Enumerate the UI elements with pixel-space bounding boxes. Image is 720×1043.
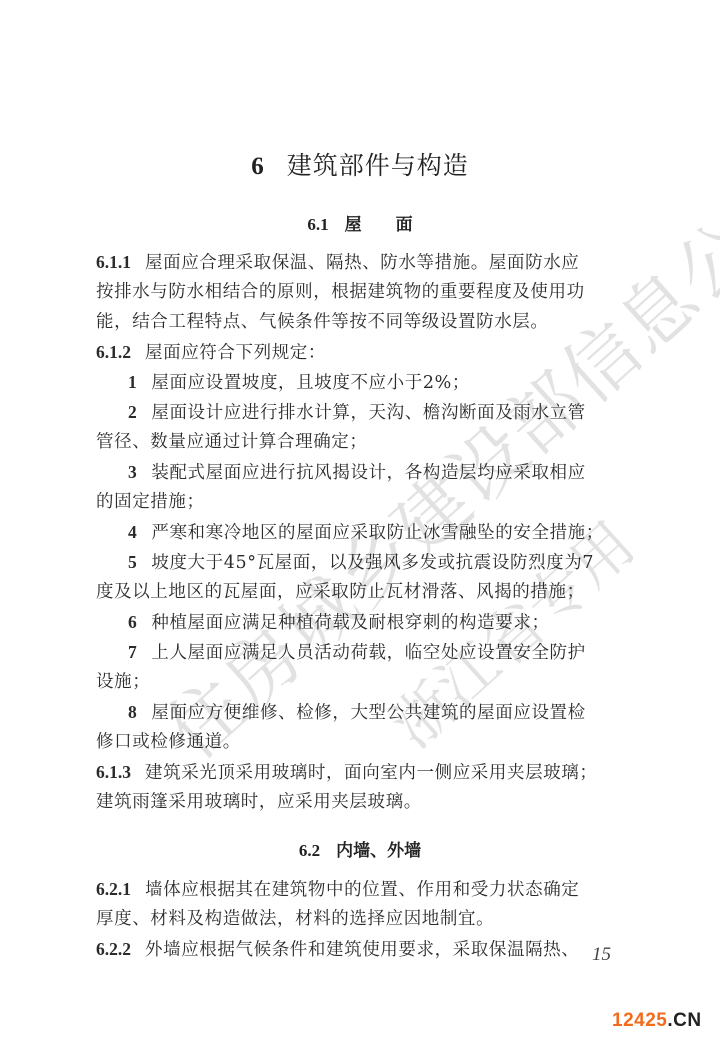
chapter-number: 6 bbox=[251, 153, 265, 180]
list-item: 8屋面应方便维修、检修，大型公共建筑的屋面应设置检 bbox=[128, 701, 668, 724]
text-line: 按排水与防水相结合的原则，根据建筑物的重要程度及使用功 bbox=[96, 281, 636, 303]
clause-line: 6.2.1墙体应根据其在建筑物中的位置、作用和受力状态确定 bbox=[96, 878, 636, 901]
item-text: 种植屋面应满足种植荷载及耐根穿刺的构造要求； bbox=[151, 613, 549, 633]
item-number: 6 bbox=[128, 612, 137, 632]
item-text: 屋面应设置坡度，且坡度不应小于2%； bbox=[151, 373, 470, 393]
clause-number: 6.1.1 bbox=[96, 252, 131, 272]
chapter-title: 6建筑部件与构造 bbox=[0, 146, 720, 182]
item-text: 修口或检修通道。 bbox=[96, 732, 241, 752]
text-line: 设施； bbox=[96, 671, 636, 693]
item-text: 度及以上地区的瓦屋面，应采取防止瓦材滑落、风揭的措施； bbox=[96, 582, 585, 602]
clause-text: 屋面应符合下列规定： bbox=[145, 343, 326, 363]
item-number: 8 bbox=[128, 702, 137, 722]
clause-line: 6.1.1屋面应合理采取保温、隔热、防水等措施。屋面防水应 bbox=[96, 251, 636, 274]
section-title-text: 内墙、外墙 bbox=[336, 841, 421, 861]
item-text: 严寒和寒冷地区的屋面应采取防止冰雪融坠的安全措施； bbox=[151, 523, 604, 543]
clause-line: 6.1.3建筑采光顶采用玻璃时，面向室内一侧应采用夹层玻璃； bbox=[96, 761, 636, 784]
section-heading: 6.2内墙、外墙 bbox=[0, 836, 720, 861]
item-number: 5 bbox=[128, 552, 137, 572]
item-number: 7 bbox=[128, 642, 137, 662]
clause-number: 6.1.2 bbox=[96, 342, 131, 362]
clause-number: 6.2.1 bbox=[96, 879, 131, 899]
clause-text: 屋面应合理采取保温、隔热、防水等措施。屋面防水应 bbox=[145, 253, 579, 273]
item-text: 坡度大于45°瓦屋面，以及强风多发或抗震设防烈度为7 bbox=[151, 553, 594, 573]
clause-text: 墙体应根据其在建筑物中的位置、作用和受力状态确定 bbox=[145, 880, 579, 900]
clause-text: 按排水与防水相结合的原则，根据建筑物的重要程度及使用功 bbox=[96, 282, 585, 302]
clause-number: 6.2.2 bbox=[96, 939, 131, 959]
text-line: 建筑雨篷采用玻璃时，应采用夹层玻璃。 bbox=[96, 791, 636, 813]
text-line: 厚度、材料及构造做法，材料的选择应因地制宜。 bbox=[96, 908, 636, 930]
item-text: 屋面设计应进行排水计算，天沟、檐沟断面及雨水立管 bbox=[151, 403, 585, 423]
clause-text: 建筑采光顶采用玻璃时，面向室内一侧应采用夹层玻璃； bbox=[145, 763, 598, 783]
item-number: 1 bbox=[128, 372, 137, 392]
list-item: 3装配式屋面应进行抗风揭设计，各构造层均应采取相应 bbox=[128, 461, 668, 484]
list-item: 6种植屋面应满足种植荷载及耐根穿刺的构造要求； bbox=[128, 611, 668, 634]
list-item: 4严寒和寒冷地区的屋面应采取防止冰雪融坠的安全措施； bbox=[128, 521, 668, 544]
clause-text: 外墙应根据气候条件和建筑使用要求，采取保温隔热、 bbox=[145, 940, 579, 960]
logo-digits: 12425 bbox=[612, 1010, 667, 1031]
list-item: 7上人屋面应满足人员活动荷载，临空处应设置安全防护 bbox=[128, 641, 668, 664]
item-text: 的固定措施； bbox=[96, 492, 205, 512]
item-text: 屋面应方便维修、检修，大型公共建筑的屋面应设置检 bbox=[151, 703, 585, 723]
clause-number: 6.1.3 bbox=[96, 762, 131, 782]
section-title-text: 屋 面 bbox=[345, 215, 413, 235]
item-number: 2 bbox=[128, 402, 137, 422]
text-line: 管径、数量应通过计算合理确定； bbox=[96, 431, 636, 453]
section-number: 6.2 bbox=[299, 841, 320, 860]
site-logo: 12425.CN bbox=[612, 1010, 702, 1032]
text-line: 度及以上地区的瓦屋面，应采取防止瓦材滑落、风揭的措施； bbox=[96, 581, 636, 603]
document-page: 住房城乡建设部信息公开 浙江省专用 6建筑部件与构造 6.1屋 面 6.1.1屋… bbox=[0, 0, 720, 1043]
page-number: 15 bbox=[592, 944, 611, 966]
section-heading: 6.1屋 面 bbox=[0, 210, 720, 235]
text-line: 能，结合工程特点、气候条件等按不同等级设置防水层。 bbox=[96, 311, 636, 333]
text-line: 修口或检修通道。 bbox=[96, 731, 636, 753]
item-text: 管径、数量应通过计算合理确定； bbox=[96, 432, 368, 452]
list-item: 2屋面设计应进行排水计算，天沟、檐沟断面及雨水立管 bbox=[128, 401, 668, 424]
logo-tld: .CN bbox=[667, 1010, 701, 1031]
clause-text: 厚度、材料及构造做法，材料的选择应因地制宜。 bbox=[96, 909, 494, 929]
item-text: 装配式屋面应进行抗风揭设计，各构造层均应采取相应 bbox=[151, 463, 585, 483]
item-text: 设施； bbox=[96, 672, 150, 692]
list-item: 1屋面应设置坡度，且坡度不应小于2%； bbox=[128, 371, 668, 394]
list-item: 5坡度大于45°瓦屋面，以及强风多发或抗震设防烈度为7 bbox=[128, 551, 668, 574]
item-text: 上人屋面应满足人员活动荷载，临空处应设置安全防护 bbox=[151, 643, 585, 663]
clause-line: 6.2.2外墙应根据气候条件和建筑使用要求，采取保温隔热、 bbox=[96, 938, 636, 961]
item-number: 3 bbox=[128, 462, 137, 482]
item-number: 4 bbox=[128, 522, 137, 542]
text-line: 的固定措施； bbox=[96, 491, 636, 513]
clause-line: 6.1.2屋面应符合下列规定： bbox=[96, 341, 636, 364]
clause-text: 建筑雨篷采用玻璃时，应采用夹层玻璃。 bbox=[96, 792, 422, 812]
clause-text: 能，结合工程特点、气候条件等按不同等级设置防水层。 bbox=[96, 312, 549, 332]
chapter-title-text: 建筑部件与构造 bbox=[287, 151, 469, 180]
section-number: 6.1 bbox=[307, 215, 328, 234]
